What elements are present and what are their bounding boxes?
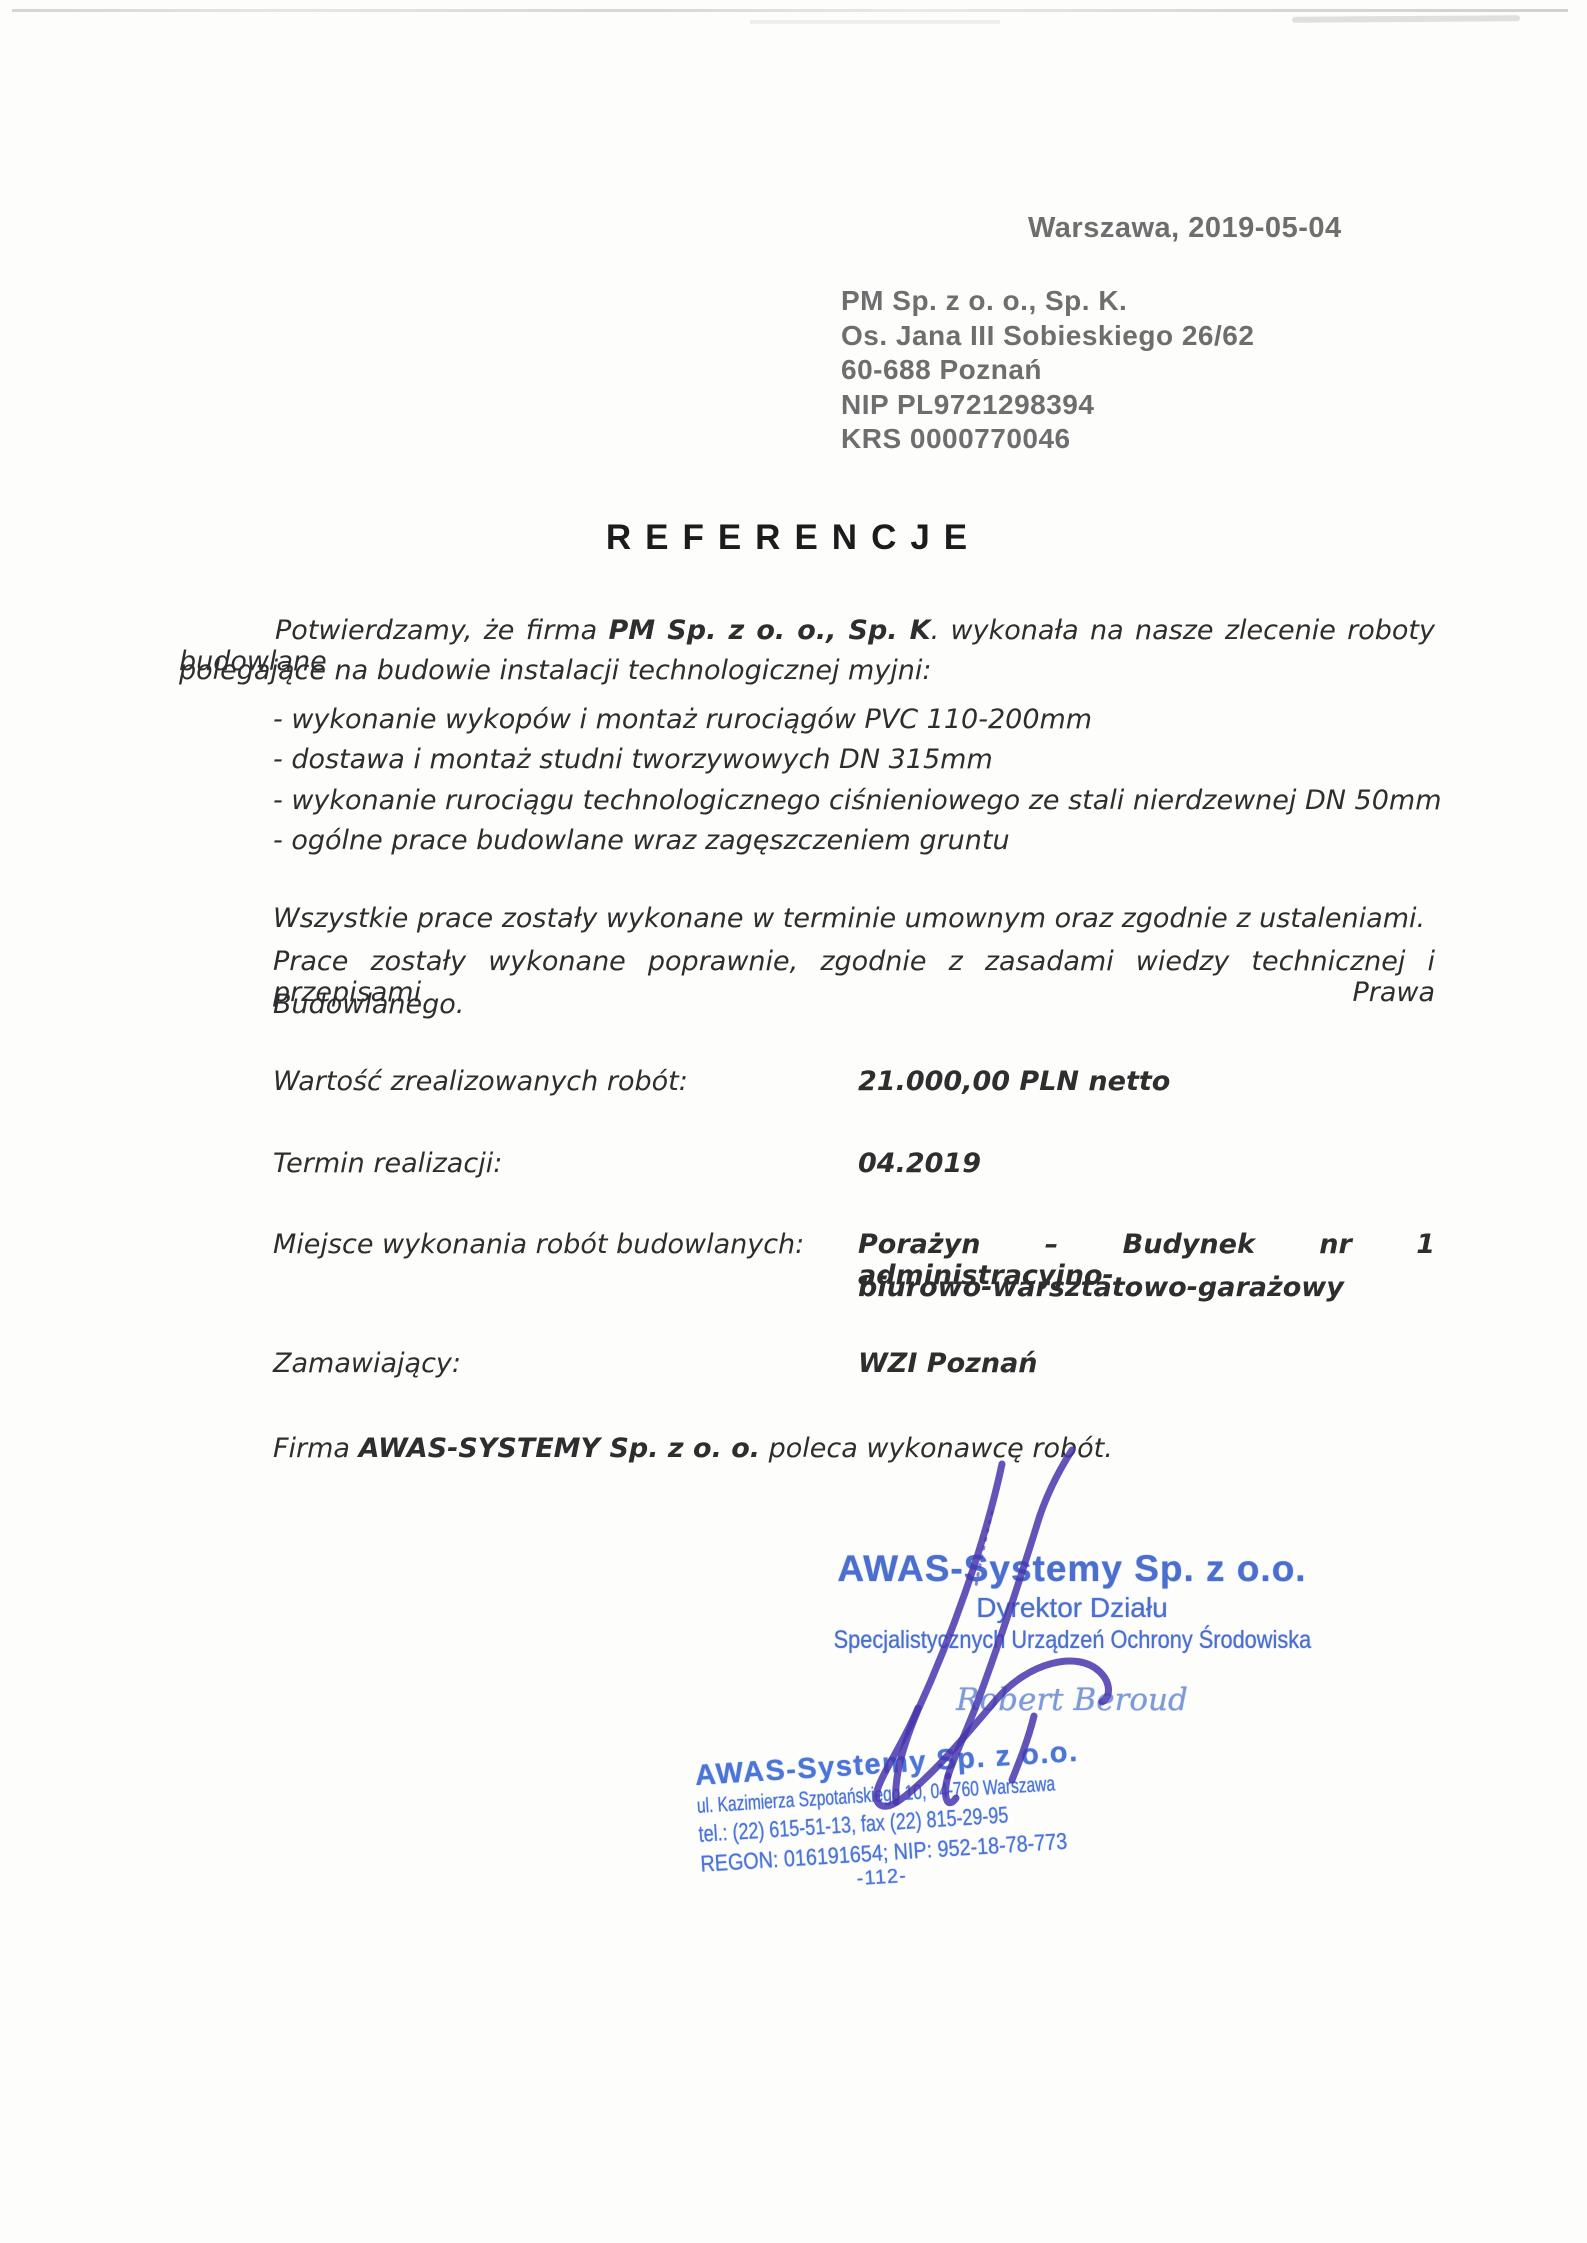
detail-value-deadline: 04.2019 [858, 1148, 981, 1179]
company-address-stamp: AWAS-Systemy Sp. z o.o. ul. Kazimierza S… [694, 1734, 1122, 1901]
detail-label-client: Zamawiający: [273, 1348, 461, 1379]
date-line: Warszawa, 2019-05-04 [1028, 212, 1342, 245]
handwritten-signature [0, 0, 1587, 2243]
scope-bullet: - wykonanie rurociągu technologicznego c… [273, 785, 1442, 816]
closing-suffix: poleca wykonawcę robót. [760, 1433, 1113, 1464]
document-page: Warszawa, 2019-05-04 PM Sp. z o. o., Sp.… [0, 0, 1587, 2243]
detail-value-location-line2: biurowo-warsztatowo-garażowy [858, 1272, 1344, 1303]
closing-recommendation: Firma AWAS-SYSTEMY Sp. z o. o. poleca wy… [273, 1433, 1113, 1464]
recipient-nip: NIP PL9721298394 [841, 388, 1254, 423]
director-stamp-company: AWAS-Systemy Sp. z o.o. [772, 1548, 1372, 1590]
scan-artifact-smudge [1292, 15, 1520, 23]
scope-bullet: - wykonanie wykopów i montaż rurociągów … [273, 704, 1092, 735]
recipient-street: Os. Jana III Sobieskiego 26/62 [841, 319, 1254, 354]
director-stamp-department: Specjalistycznych Urządzeń Ochrony Środo… [833, 1626, 1310, 1655]
detail-label-location: Miejsce wykonania robót budowlanych: [273, 1229, 804, 1260]
director-stamp: AWAS-Systemy Sp. z o.o. Dyrektor Działu … [772, 1548, 1372, 1655]
intro-company-name: PM Sp. z o. o., Sp. K [608, 615, 930, 646]
recipient-city: 60-688 Poznań [841, 353, 1254, 388]
recipient-company: PM Sp. z o. o., Sp. K. [841, 284, 1254, 319]
scan-artifact-smudge [750, 20, 1000, 24]
intro-paragraph-line2: polegające na budowie instalacji technol… [179, 655, 932, 686]
closing-prefix: Firma [273, 1433, 359, 1464]
director-stamp-role: Dyrektor Działu [772, 1592, 1372, 1624]
intro-prefix: Potwierdzamy, że firma [275, 615, 608, 646]
summary-line: Budowlanego. [273, 989, 464, 1020]
signer-name-stamp: Robert Beroud [772, 1682, 1372, 1718]
closing-company-name: AWAS-SYSTEMY Sp. z o. o. [359, 1433, 760, 1464]
detail-label-value: Wartość zrealizowanych robót: [273, 1066, 688, 1097]
detail-value-client: WZI Poznań [858, 1348, 1038, 1379]
detail-value-amount: 21.000,00 PLN netto [858, 1066, 1170, 1097]
scope-bullet: - ogólne prace budowlane wraz zagęszczen… [273, 825, 1010, 856]
recipient-block: PM Sp. z o. o., Sp. K. Os. Jana III Sobi… [841, 284, 1254, 457]
scan-artifact-top-line [12, 9, 1568, 12]
summary-line: Wszystkie prace zostały wykonane w termi… [273, 903, 1425, 934]
detail-label-deadline: Termin realizacji: [273, 1148, 502, 1179]
page-title: REFERENCJE [0, 518, 1587, 558]
scope-bullet: - dostawa i montaż studni tworzywowych D… [273, 744, 993, 775]
recipient-krs: KRS 0000770046 [841, 422, 1254, 457]
